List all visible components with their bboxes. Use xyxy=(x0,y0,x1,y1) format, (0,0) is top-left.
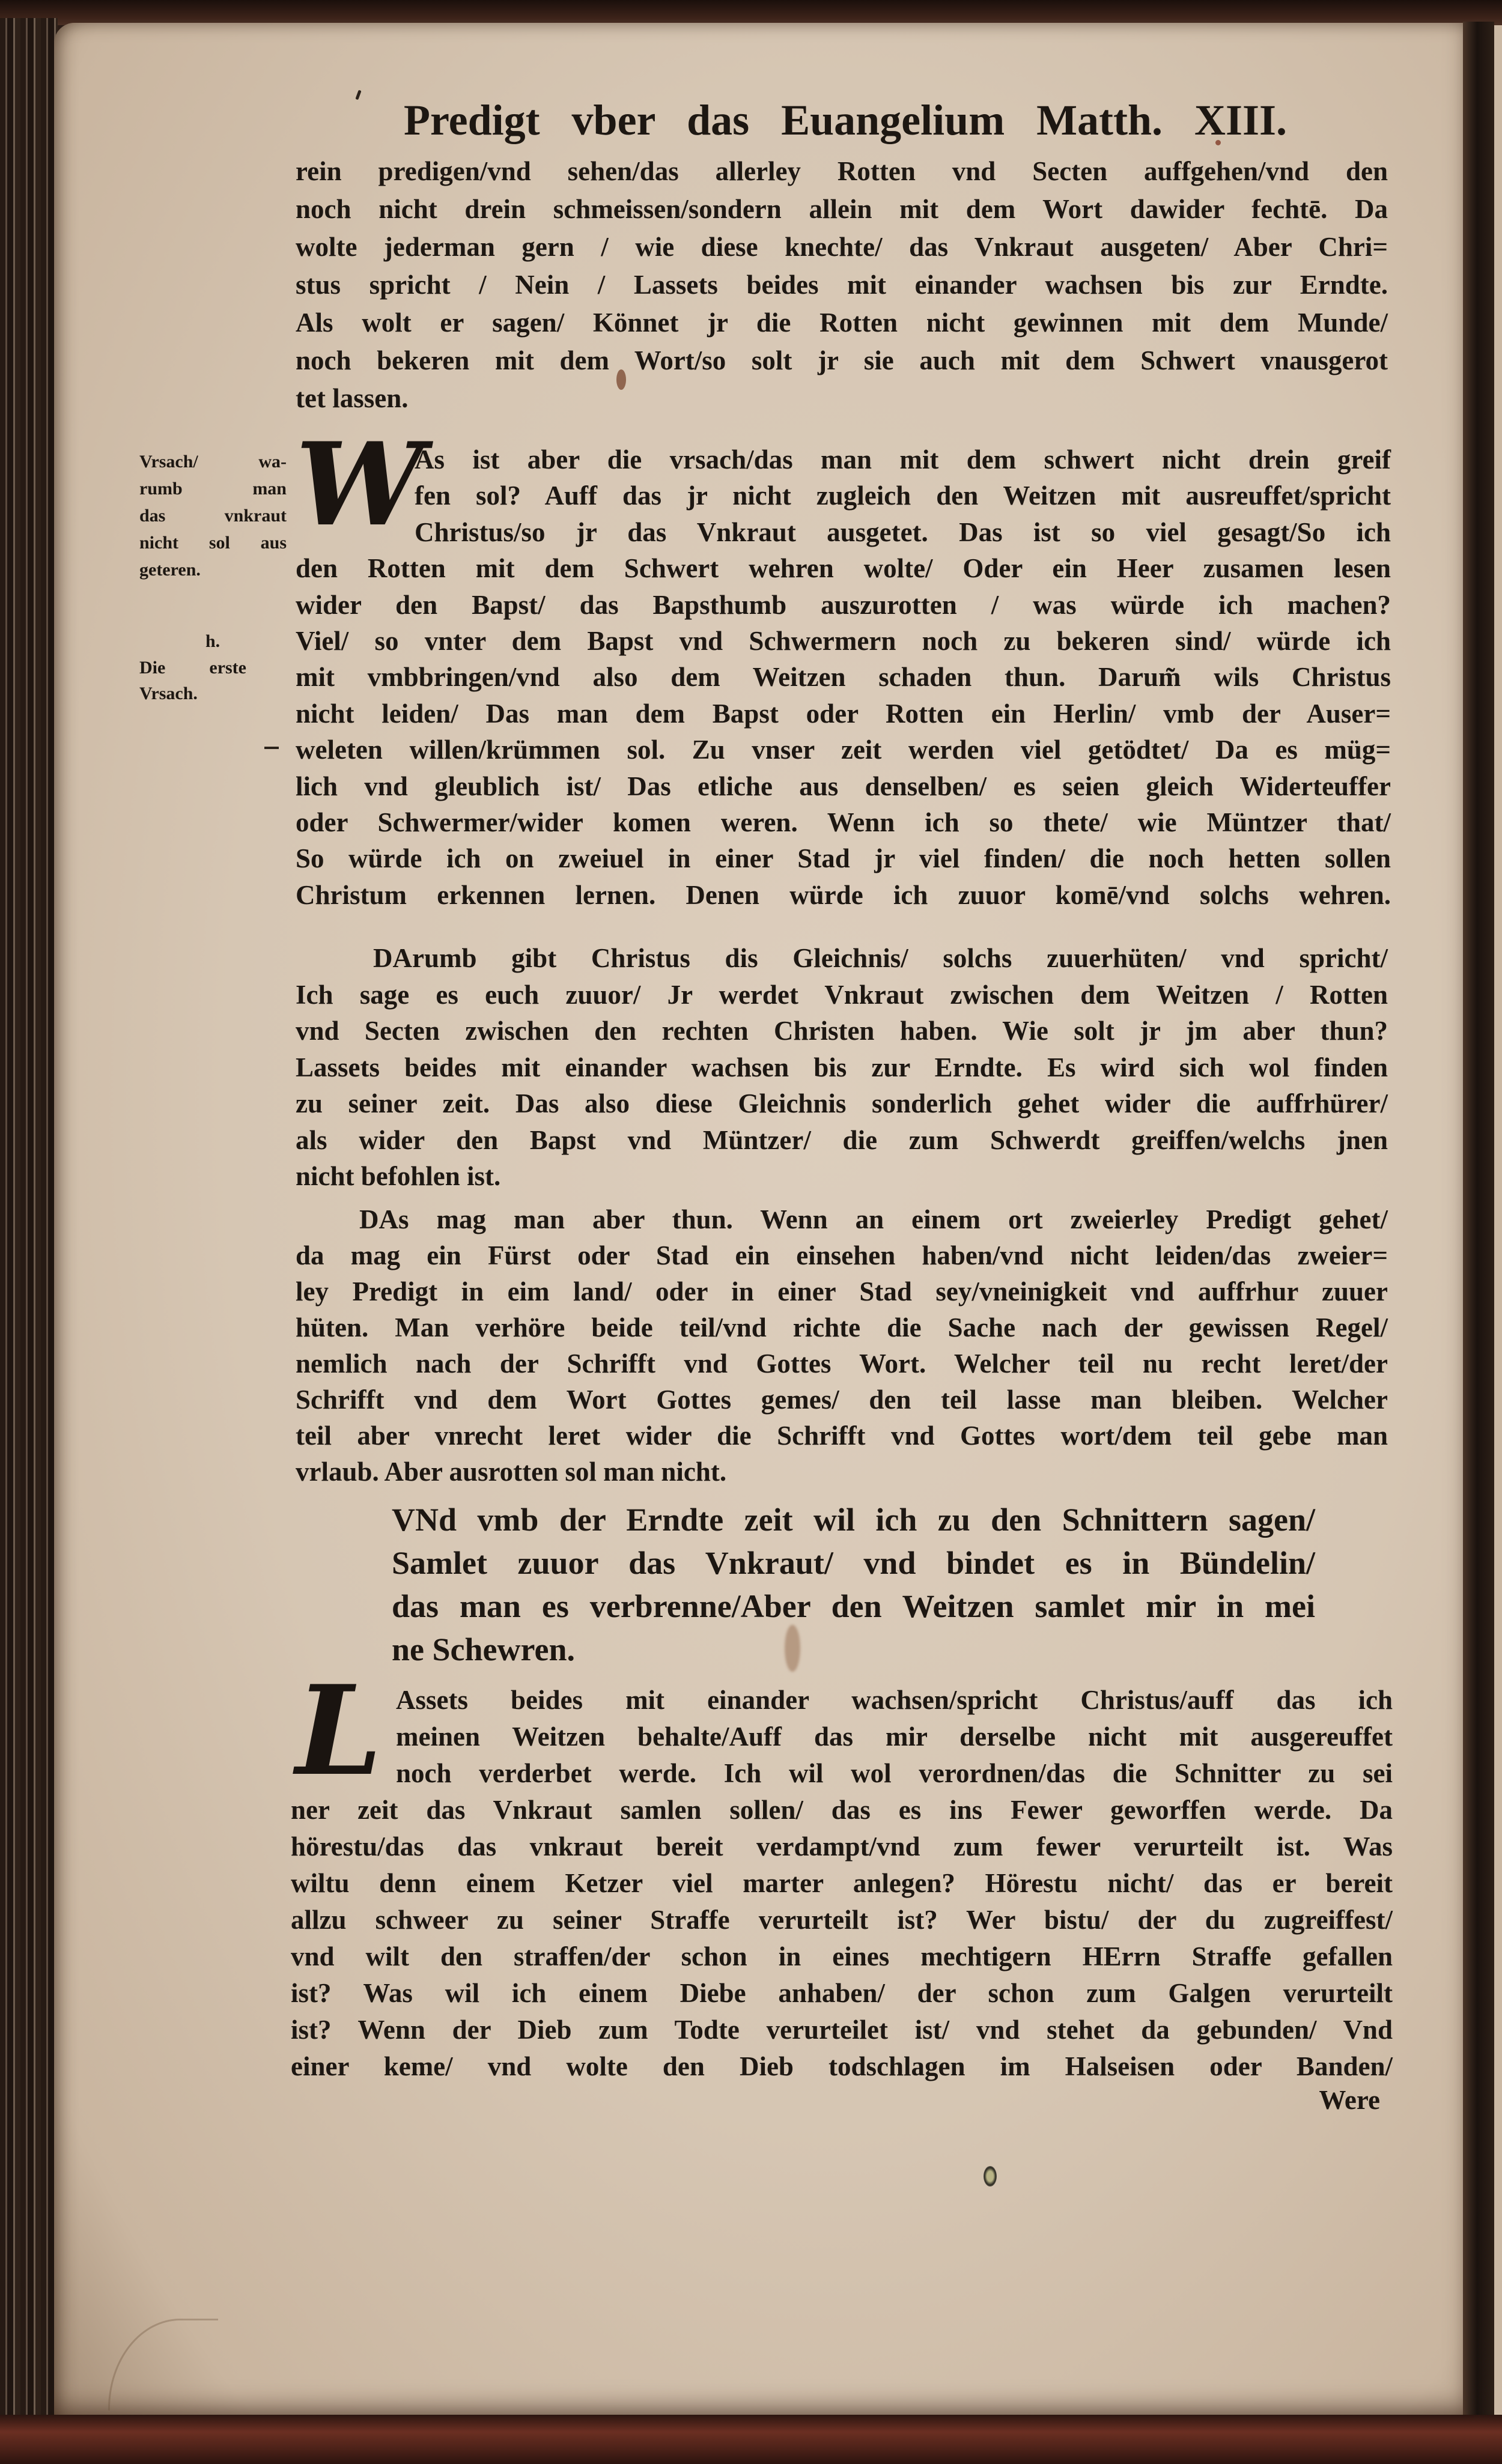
block-quote: VNd vmb der Erndte zeit wil ich zu den S… xyxy=(392,1498,1315,1671)
text-line: ley Predigt in eim land/ oder in einer S… xyxy=(296,1273,1388,1309)
text-line: noch nicht drein schmeissen/sondern alle… xyxy=(296,190,1388,228)
margin-note-line: Vrsach. xyxy=(139,681,246,706)
running-head: Predigt vber das Euangelium Matth. XIII. xyxy=(404,95,1287,145)
text-line: Christum erkennen lernen. Denen würde ic… xyxy=(296,877,1391,913)
quote-line: das man es verbrenne/Aber den Weitzen sa… xyxy=(392,1585,1315,1628)
text-line: tet lassen. xyxy=(296,380,1388,417)
paragraph: As ist aber die vrsach/das man mit dem s… xyxy=(296,442,1391,913)
text-line: nicht befohlen ist. xyxy=(296,1158,1388,1195)
text-line: vnd wilt den straffen/der schon in eines… xyxy=(291,1938,1393,1975)
text-line: stus spricht / Nein / Lassets beides mit… xyxy=(296,266,1388,304)
text-line: den Rotten mit dem Schwert wehren wolte/… xyxy=(296,550,1391,586)
margin-note-line: Vrsach/ wa- xyxy=(139,448,287,475)
text-line: Assets beides mit einander wachsen/spric… xyxy=(291,1682,1393,1719)
text-line: da mag ein Fürst oder Stad ein einsehen … xyxy=(296,1237,1388,1273)
text-line: Als wolt er sagen/ Könnet jr die Rotten … xyxy=(296,304,1388,342)
text-line: noch verderbet werde. Ich wil wol verord… xyxy=(291,1755,1393,1792)
quote-line: ne Schewren. xyxy=(392,1628,1315,1671)
book-top-edge xyxy=(0,0,1502,25)
facing-page-edge xyxy=(1494,25,1502,2416)
margin-note-line: rumb man xyxy=(139,475,287,502)
text-line: als wider den Bapst vnd Müntzer/ die zum… xyxy=(296,1122,1388,1159)
paragraph: DAs mag man aber thun. Wenn an einem ort… xyxy=(296,1201,1388,1490)
margin-note-line: geteren. xyxy=(139,556,287,583)
text-line: noch bekeren mit dem Wort/so solt jr sie… xyxy=(296,342,1388,380)
text-line: mit vmbbringen/vnd also dem Weitzen scha… xyxy=(296,659,1391,695)
text-line: lich vnd gleublich ist/ Das etliche aus … xyxy=(296,768,1391,804)
text-line: teil aber vnrecht leret wider die Schrif… xyxy=(296,1418,1388,1454)
text-line: wolte jederman gern / wie diese knechte/… xyxy=(296,228,1388,266)
book-page-edges xyxy=(0,18,58,2421)
catchword: Were xyxy=(1308,2082,1380,2118)
paragraph: rein predigen/vnd sehen/das allerley Rot… xyxy=(296,153,1388,417)
text-line: hörestu/das das vnkraut bereit verdampt/… xyxy=(291,1828,1393,1865)
text-line: hüten. Man verhöre beide teil/vnd richte… xyxy=(296,1309,1388,1346)
marginal-marker: h. xyxy=(205,630,220,654)
text-line: wider den Bapst/ das Bapsthumb auszurott… xyxy=(296,587,1391,623)
text-line: DArumb gibt Christus dis Gleichnis/ solc… xyxy=(296,940,1388,977)
margin-note-line: Die erste xyxy=(139,655,246,681)
text-line: So würde ich on zweiuel in einer Stad jr… xyxy=(296,840,1391,876)
margin-note: Vrsach/ wa- rumb man das vnkraut nicht s… xyxy=(139,448,287,583)
book-gutter xyxy=(1463,22,1494,2418)
text-line: Schrifft vnd dem Wort Gottes gemes/ den … xyxy=(296,1382,1388,1418)
text-line: zu seiner zeit. Das also diese Gleichnis… xyxy=(296,1085,1388,1122)
text-line: nicht leiden/ Das man dem Bapst oder Rot… xyxy=(296,696,1391,732)
text-line: vnd Secten zwischen den rechten Christen… xyxy=(296,1013,1388,1049)
margin-note-line: das vnkraut xyxy=(139,502,287,529)
paragraph: Assets beides mit einander wachsen/spric… xyxy=(291,1682,1393,2085)
text-line: Viel/ so vnter dem Bapst vnd Schwermern … xyxy=(296,623,1391,659)
margin-note-line: nicht sol aus xyxy=(139,529,287,556)
paper-hole xyxy=(984,2166,997,2186)
text-line: ist? Was wil ich einem Diebe anhaben/ de… xyxy=(291,1975,1393,2012)
text-line: ner zeit das Vnkraut samlen sollen/ das … xyxy=(291,1792,1393,1828)
quote-line: Samlet zuuor das Vnkraut/ vnd bindet es … xyxy=(392,1541,1315,1585)
text-line: weleten willen/krümmen sol. Zu vnser zei… xyxy=(296,732,1391,768)
quote-line: VNd vmb der Erndte zeit wil ich zu den S… xyxy=(392,1498,1315,1541)
text-line: rein predigen/vnd sehen/das allerley Rot… xyxy=(296,153,1388,190)
marginal-dash xyxy=(264,747,279,749)
margin-note: Die erste Vrsach. xyxy=(139,655,246,706)
book-binding xyxy=(0,2415,1502,2464)
text-line: Ich sage es euch zuuor/ Jr werdet Vnkrau… xyxy=(296,977,1388,1013)
text-line: fen sol? Auff das jr nicht zugleich den … xyxy=(296,478,1391,514)
text-line: DAs mag man aber thun. Wenn an einem ort… xyxy=(296,1201,1388,1237)
text-line: As ist aber die vrsach/das man mit dem s… xyxy=(296,442,1391,478)
text-line: vrlaub. Aber ausrotten sol man nicht. xyxy=(296,1454,1388,1490)
text-line: ist? Wenn der Dieb zum Todte verurteilet… xyxy=(291,2012,1393,2048)
text-line: einer keme/ vnd wolte den Dieb todschlag… xyxy=(291,2048,1393,2085)
text-line: allzu schweer zu seiner Straffe verurtei… xyxy=(291,1902,1393,1938)
text-line: wiltu denn einem Ketzer viel marter anle… xyxy=(291,1865,1393,1902)
text-line: nemlich nach der Schrifft vnd Gottes Wor… xyxy=(296,1346,1388,1382)
text-line: meinen Weitzen behalte/Auff das mir ders… xyxy=(291,1719,1393,1755)
text-line: Lassets beides mit einander wachsen bis … xyxy=(296,1049,1388,1086)
paragraph: DArumb gibt Christus dis Gleichnis/ solc… xyxy=(296,940,1388,1195)
text-line: Christus/so jr das Vnkraut ausgetet. Das… xyxy=(296,514,1391,550)
text-line: oder Schwermer/wider komen weren. Wenn i… xyxy=(296,804,1391,840)
